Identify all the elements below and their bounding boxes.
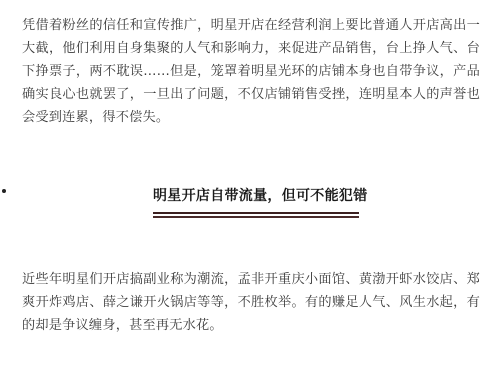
heading-underline-bottom (153, 216, 359, 218)
article-paragraph-2: 近些年明星们开店搞副业称为潮流，孟非开重庆小面馆、黄渤开虾水饺店、郑爽开炸鸡店、… (22, 268, 480, 337)
section-heading-block: 明星开店自带流量，但可不能犯错 (153, 186, 359, 218)
bullet-dot-icon (2, 189, 6, 193)
article-paragraph-1: 凭借着粉丝的信任和宣传推广，明星开店在经营利润上要比普通人开店高出一大截，他们利… (22, 14, 480, 129)
section-heading: 明星开店自带流量，但可不能犯错 (153, 186, 359, 206)
